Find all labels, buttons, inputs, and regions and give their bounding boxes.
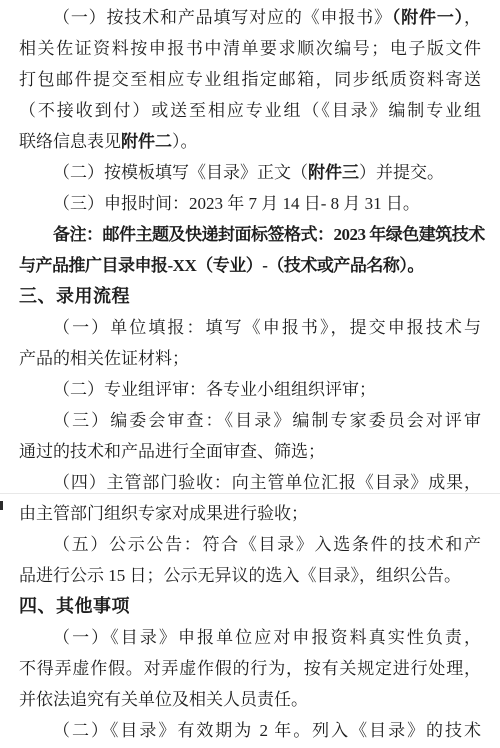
text-line: （不接收到付）或送至相应专业组（《目录》编制专业组 [19,95,481,126]
text-segment: 打包邮件提交至相应专业组指定邮箱，同步纸质资料寄送 [19,70,481,89]
text-line: （二）专业组评审：各专业小组组织评审； [19,374,481,405]
text-segment: 四、其他事项 [19,596,130,616]
bold-text-segment: 与产品推广目录申报-XX（专业）-（技术或产品名称）。 [19,256,424,275]
text-segment: （三）申报时间：2023 年 7 月 14 日- 8 月 31 日。 [53,194,420,213]
text-line: 相关佐证资料按申报书中清单要求顺次编号；电子版文件 [19,33,481,64]
text-segment: 联络信息表见 [19,132,121,151]
text-segment: （二）专业组评审：各专业小组组织评审； [53,380,376,399]
text-line: 打包邮件提交至相应专业组指定邮箱，同步纸质资料寄送 [19,64,481,95]
text-segment: （四）主管部门验收：向主管单位汇报《目录》成果， [53,473,481,492]
document-page: （一）按技术和产品填写对应的《申报书》（附件一），相关佐证资料按申报书中清单要求… [0,0,500,748]
text-line: （五）公示公告：符合《目录》入选条件的技术和产 [19,529,481,560]
text-line: （一）单位填报：填写《申报书》，提交申报技术与 [19,312,481,343]
text-segment: ）。 [172,132,198,151]
bold-text-segment: 备注：邮件主题及快递封面标签格式：2023 年绿色建筑技术 [53,225,485,244]
text-line: 品进行公示 15 日；公示无异议的选入《目录》，组织公告。 [19,560,481,591]
text-segment: （二）按模板填写《目录》正文（ [53,163,308,182]
text-line: 通过的技术和产品进行全面审查、筛选； [19,436,481,467]
text-line: 由主管部门组织专家对成果进行验收； [19,498,481,529]
text-segment: 并依法追究有关单位及相关人员责任。 [19,690,308,709]
bold-text-segment: 附件二 [121,132,172,151]
text-line: （三）申报时间：2023 年 7 月 14 日- 8 月 31 日。 [19,188,481,219]
text-segment: （五）公示公告：符合《目录》入选条件的技术和产 [53,535,481,554]
text-segment: ， [464,8,481,27]
text-line: （二）《目录》有效期为 2 年。列入《目录》的技术 [19,715,481,746]
text-line: （一）按技术和产品填写对应的《申报书》（附件一）， [19,2,481,33]
left-edge-artifact [0,501,3,510]
text-line: 不得弄虚作假。对弄虚作假的行为，按有关规定进行处理， [19,653,481,684]
text-segment: （一）《目录》申报单位应对申报资料真实性负责， [53,628,481,647]
bold-text-segment: 附件三 [308,163,359,182]
text-segment: （不接收到付）或送至相应专业组（《目录》编制专业组 [19,101,481,120]
text-segment: （一）按技术和产品填写对应的《申报书》 [53,8,392,27]
text-segment: （二）《目录》有效期为 2 年。列入《目录》的技术 [53,721,481,740]
text-line: 备注：邮件主题及快递封面标签格式：2023 年绿色建筑技术 [19,219,481,250]
text-line: （一）《目录》申报单位应对申报资料真实性负责， [19,622,481,653]
text-segment: 不得弄虚作假。对弄虚作假的行为，按有关规定进行处理， [19,659,481,678]
text-segment: 通过的技术和产品进行全面审查、筛选； [19,442,325,461]
document-lines: （一）按技术和产品填写对应的《申报书》（附件一），相关佐证资料按申报书中清单要求… [0,0,500,746]
text-segment: 相关佐证资料按申报书中清单要求顺次编号；电子版文件 [19,39,481,58]
text-segment: （三）编委会审查：《目录》编制专家委员会对评审 [53,411,481,430]
text-line: （二）按模板填写《目录》正文（附件三）并提交。 [19,157,481,188]
text-segment: 由主管部门组织专家对成果进行验收； [19,504,308,523]
text-segment: 产品的相关佐证材料； [19,349,189,368]
text-segment: 三、录用流程 [19,286,130,306]
section-heading: 四、其他事项 [19,591,481,622]
section-heading: 三、录用流程 [19,281,481,312]
text-segment: 品进行公示 15 日；公示无异议的选入《目录》，组织公告。 [19,566,461,585]
text-line: 联络信息表见附件二）。 [19,126,481,157]
text-line: （三）编委会审查：《目录》编制专家委员会对评审 [19,405,481,436]
text-segment: ）并提交。 [359,163,444,182]
text-line: 与产品推广目录申报-XX（专业）-（技术或产品名称）。 [19,250,481,281]
bold-text-segment: （附件一） [392,8,464,27]
text-line: 并依法追究有关单位及相关人员责任。 [19,684,481,715]
text-line: 产品的相关佐证材料； [19,343,481,374]
horizontal-divider-line [0,493,500,494]
text-segment: （一）单位填报：填写《申报书》，提交申报技术与 [53,318,481,337]
